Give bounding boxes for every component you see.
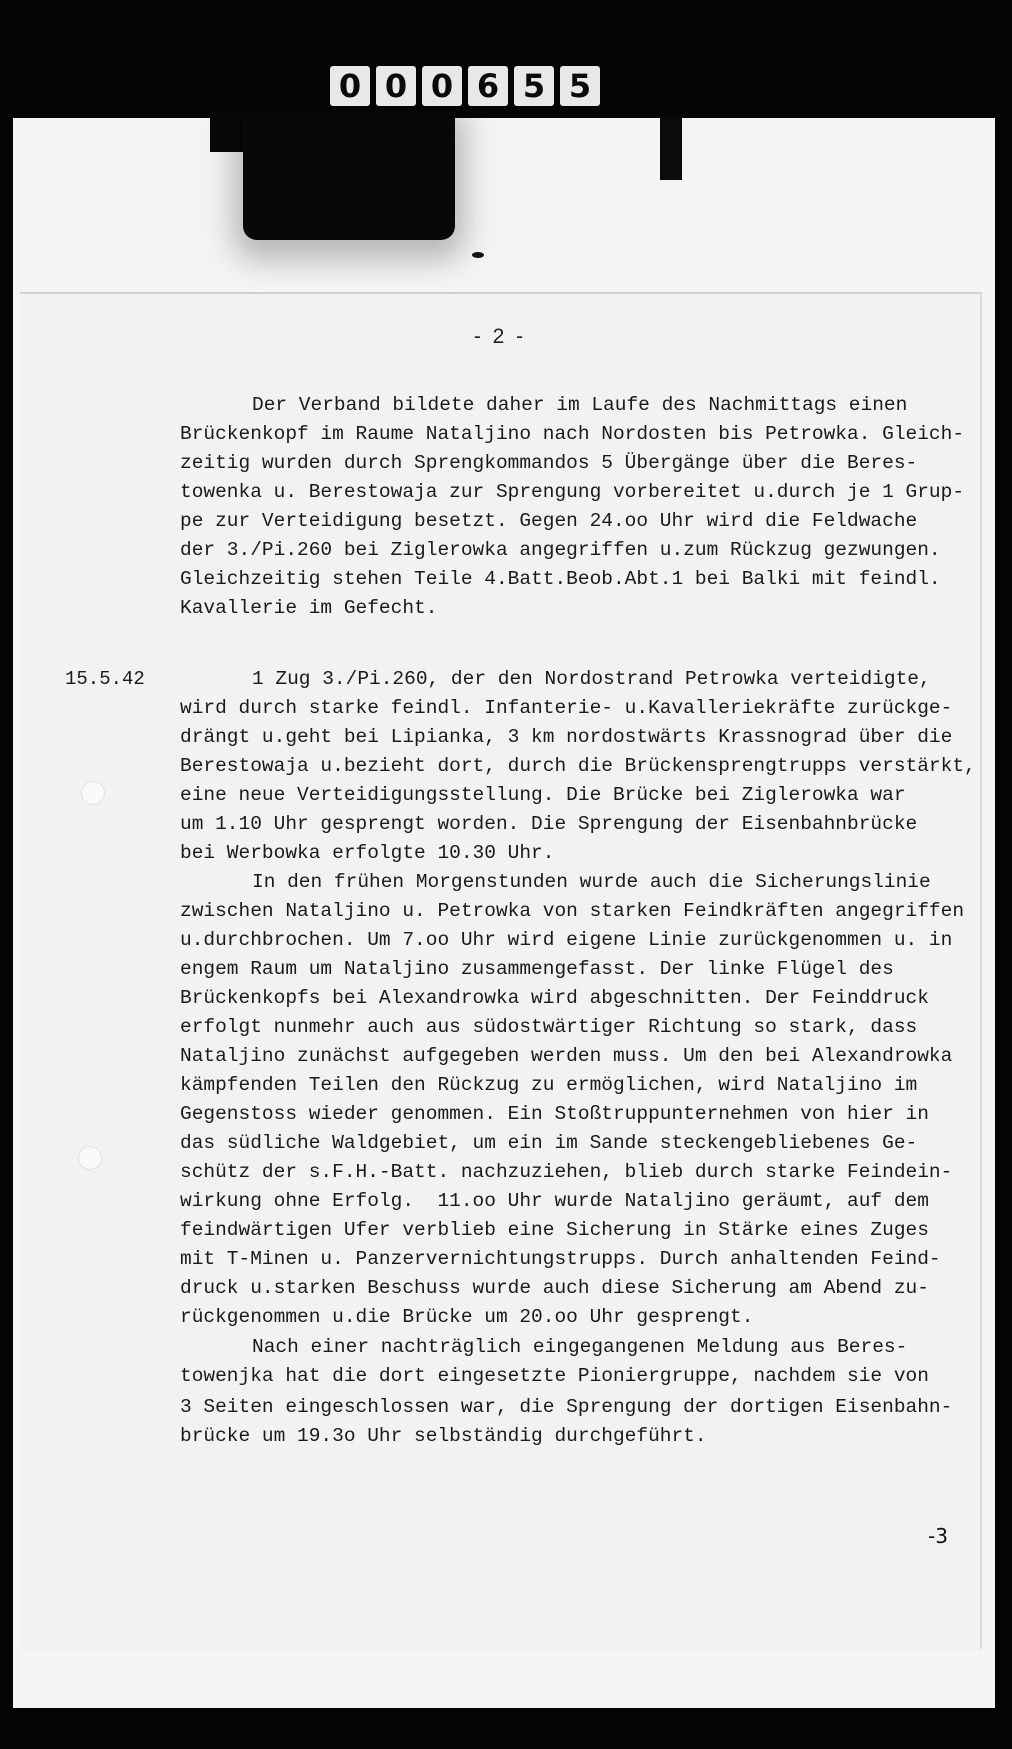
- typed-page: - 2 - Der Verband bildete daher im Laufe…: [20, 292, 982, 1649]
- text-line: In den frühen Morgenstunden wurde auch d…: [252, 871, 931, 893]
- continuation-mark: -3: [928, 1524, 948, 1548]
- text-line: Gegenstoss wieder genommen. Ein Stoßtrup…: [180, 1103, 929, 1125]
- text-line: Brückenkopfs bei Alexandrowka wird abges…: [180, 987, 929, 1009]
- text-line: u.durchbrochen. Um 7.oo Uhr wird eigene …: [180, 929, 952, 951]
- clip-tab: [660, 118, 682, 180]
- counter-digit: 0: [330, 66, 370, 106]
- text-line: erfolgt nunmehr auch aus südostwärtiger …: [180, 1016, 917, 1038]
- text-line: das südliche Waldgebiet, um ein im Sande…: [180, 1132, 917, 1154]
- counter-digit: 0: [376, 66, 416, 106]
- text-line: towenka u. Berestowaja zur Sprengung vor…: [180, 481, 964, 503]
- text-line: Brückenkopf im Raume Nataljino nach Nord…: [180, 423, 964, 445]
- text-line: bei Werbowka erfolgte 10.30 Uhr.: [180, 842, 554, 864]
- text-line: wird durch starke feindl. Infanterie- u.…: [180, 697, 952, 719]
- counter-digit: 5: [560, 66, 600, 106]
- punch-hole: [78, 1146, 102, 1170]
- text-line: zwischen Nataljino u. Petrowka von stark…: [180, 900, 964, 922]
- text-line: 1 Zug 3./Pi.260, der den Nordostrand Pet…: [252, 668, 931, 690]
- text-line: Nach einer nachträglich eingegangenen Me…: [252, 1336, 907, 1358]
- text-line: druck u.starken Beschuss wurde auch dies…: [180, 1277, 929, 1299]
- punch-hole: [81, 781, 105, 805]
- text-line: zeitig wurden durch Sprengkommandos 5 Üb…: [180, 452, 917, 474]
- text-line: rückgenommen u.die Brücke um 20.oo Uhr g…: [180, 1306, 753, 1328]
- counter-digit: 5: [514, 66, 554, 106]
- text-line: engem Raum um Nataljino zusammengefasst.…: [180, 958, 894, 980]
- text-line: feindwärtigen Ufer verblieb eine Sicheru…: [180, 1219, 929, 1241]
- text-line: Gleichzeitig stehen Teile 4.Batt.Beob.Ab…: [180, 568, 941, 590]
- text-line: der 3./Pi.260 bei Ziglerowka angegriffen…: [180, 539, 941, 561]
- document-clip: [243, 112, 455, 240]
- text-line: eine neue Verteidigungsstellung. Die Brü…: [180, 784, 906, 806]
- text-line: wirkung ohne Erfolg. 11.oo Uhr wurde Nat…: [180, 1190, 929, 1212]
- text-line: mit T-Minen u. Panzervernichtungstrupps.…: [180, 1248, 941, 1270]
- page-number: - 2 -: [20, 325, 980, 349]
- text-line: brücke um 19.3o Uhr selbständig durchgef…: [180, 1425, 707, 1447]
- counter-digit: 0: [422, 66, 462, 106]
- text-line: pe zur Verteidigung besetzt. Gegen 24.oo…: [180, 510, 917, 532]
- counter-digit: 6: [468, 66, 508, 106]
- text-line: Kavallerie im Gefecht.: [180, 597, 437, 619]
- frame-counter: 0 0 0 6 5 5: [330, 66, 600, 106]
- text-line: schütz der s.F.H.-Batt. nachzuziehen, bl…: [180, 1161, 952, 1183]
- clip-rivet: [472, 252, 484, 258]
- entry-date: 15.5.42: [65, 668, 145, 690]
- text-line: Der Verband bildete daher im Laufe des N…: [252, 394, 907, 416]
- text-line: kämpfenden Teilen den Rückzug zu ermögli…: [180, 1074, 917, 1096]
- text-line: um 1.10 Uhr gesprengt worden. Die Spreng…: [180, 813, 917, 835]
- text-line: Nataljino zunächst aufgegeben werden mus…: [180, 1045, 952, 1067]
- text-line: 3 Seiten eingeschlossen war, die Sprengu…: [180, 1396, 952, 1418]
- text-line: drängt u.geht bei Lipianka, 3 km nordost…: [180, 726, 952, 748]
- text-line: towenjka hat die dort eingesetzte Pionie…: [180, 1365, 929, 1387]
- text-line: Berestowaja u.bezieht dort, durch die Br…: [180, 755, 976, 777]
